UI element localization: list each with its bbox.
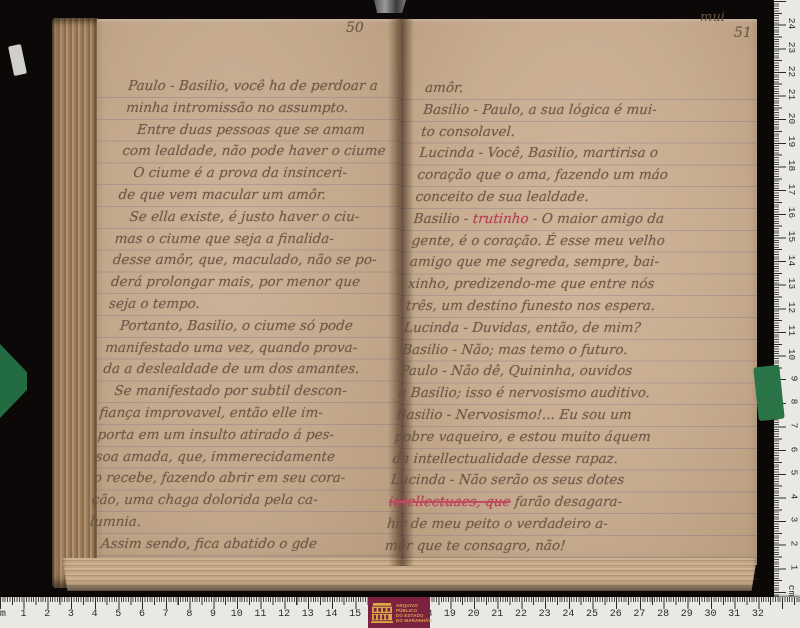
ruler-label: 29 [675,609,699,620]
logo-line: DO MARANHÃO [396,618,432,623]
manuscript-line: hir de meu peito o verdadeiro a- [386,514,740,536]
line-text: Basilio - Não; mas temo o futuro. [402,342,629,358]
ruler-label: 10 [225,609,249,620]
page-number-left: 50 [346,20,364,36]
ruler-label-text: 24 [786,18,797,29]
manuscript-line: Basilio - Nervosismo!... Eu sou um [395,405,749,427]
line-text: xinho, predizendo-me que entre nós [407,276,655,292]
manuscript-line: fiança improvavel, então elle im- [98,403,392,425]
line-text: manifestado uma vez, quando prova- [105,340,358,356]
manuscript-line: conceito de sua lealdade. [415,187,769,209]
line-text: com lealdade, não pode haver o ciume [122,143,387,159]
ruler-label-text: 2 [789,541,800,547]
ruler-label: 7 [154,609,178,620]
line-text: coração que o ama, fazendo um máo [417,167,669,183]
line-text: amôr. [424,80,464,96]
manuscript-line: Paulo - Basilio, você ha de perdoar a [127,76,421,98]
line-text: o recebe, fazendo abrir em seu cora- [93,470,346,486]
manuscript-line: da intellectualidade desse rapaz. [392,449,746,471]
manuscript-line: com lealdade, não pode haver o ciume [121,141,415,163]
ruler-label: 28 [651,609,675,620]
vertical-ruler-labels: 242322212019181716151413121110987654321c… [774,0,800,603]
manuscript-line: Portanto, Basilio, o ciume só pode [106,316,400,338]
ruler-label-text: 4 [789,493,800,499]
ruler-label: 21 [774,83,800,107]
ruler-label-text: 19 [786,136,797,147]
line-text: soa amada, que, immerecidamente [95,449,336,465]
manuscript-line: O ciume é a prova da insinceri- [119,163,413,185]
line-text: desse amôr, que, maculado, não se po- [112,252,377,268]
line-text: porta em um insulto atirado á pes- [97,427,335,443]
manuscript-line: ção, uma chaga dolorida pela ca- [91,490,385,512]
ruler-label: 21 [485,609,509,620]
ruler-label: 25 [580,609,604,620]
line-text: fiança improvavel, então elle im- [99,405,324,421]
manuscript-line: minha intromissão no assumpto. [125,98,419,120]
manuscript-line: soa amada, que, immerecidamente [95,447,389,469]
line-text: O ciume é a prova da insinceri- [120,165,348,181]
ruler-label-text: 17 [786,183,797,194]
ruler-label-text: 11 [786,325,797,336]
top-ink-fragment: mui [700,10,725,25]
ruler-label: 19 [438,609,462,620]
line-text: Basilio - Nervosismo!... Eu sou um [396,407,633,423]
manuscript-line: Se ella existe, é justo haver o ciu- [116,207,410,229]
ruler-label-text: 5 [789,470,800,476]
ruler-label: 4 [83,609,107,620]
manuscript-text-left: Paulo - Basilio, você ha de perdoar amin… [87,76,421,556]
manuscript-line: de que vem macular um amôr. [118,185,412,207]
ruler-label: 10 [774,343,800,367]
ruler-label-text: 1 [789,564,800,570]
manuscript-line: três, um destino funesto nos espera. [405,296,759,318]
manuscript-line: amigo que me segreda, sempre, bai- [409,252,763,274]
manuscript-line: Assim sendo, fica abatido o gde [87,534,381,556]
manuscript-line: môr que te consagro, não! [384,536,738,558]
manuscript-scan-photo: 50 51 mui Paulo - Basilio, você ha de pe… [0,0,800,628]
line-text: ção, uma chaga dolorida pela ca- [91,492,318,508]
line-text: conceito de sua lealdade. [415,189,590,205]
ruler-label-text: 14 [786,254,797,265]
ruler-label-text: 3 [789,517,800,523]
manuscript-line: coração que o ama, fazendo um máo [416,165,770,187]
ruler-label: 9 [201,609,225,620]
ruler-label-text: 13 [786,278,797,289]
ruler-label: 6 [130,609,154,620]
ruler-label: 12 [272,609,296,620]
ruler-label: 1 [12,609,36,620]
manuscript-line: Lucinda - Duvidas, então, de mim? [403,318,757,340]
ruler-label: 20 [462,609,486,620]
line-text: da a deslealdade de um dos amantes. [103,361,360,377]
line-text: Se manifestado por subtil descon- [101,383,348,399]
line-text: seja o tempo. [108,296,200,312]
page-number-right: 51 [734,25,752,41]
manuscript-line: seja o tempo. [108,294,402,316]
ruler-label: 20 [774,107,800,131]
ruler-label: 16 [774,201,800,225]
manuscript-line: a Basilio; isso é nervosismo auditivo. [397,383,751,405]
line-text: Lucinda - Não serão os seus dotes [390,472,625,488]
manuscript-line: Entre duas pessoas que se amam [123,120,417,142]
ruler-label: 22 [774,59,800,83]
ruler-label: 13 [296,609,320,620]
line-text: Lucinda - Duvidas, então, de mim? [403,320,641,336]
manuscript-line: Basilio - trutinho - O maior amigo da [413,209,767,231]
line-text: da intellectualidade desse rapaz. [392,451,619,467]
line-text: três, um destino funesto nos espera. [405,298,656,314]
ruler-label-text: 22 [786,65,797,76]
manuscript-line: derá prolongar mais, por menor que [110,272,404,294]
manuscript-line: xinho, predizendo-me que entre nós [407,274,761,296]
ruler-label: 26 [604,609,628,620]
line-text: Basilio - [413,211,474,227]
ruler-label-text: 23 [786,42,797,53]
ruler-label: 11 [249,609,273,620]
ruler-label: 2 [774,532,800,556]
ruler-label: 6 [774,437,800,461]
ruler-label: 30 [699,609,723,620]
line-text: a Basilio; isso é nervosismo auditivo. [398,385,651,401]
manuscript-line: Se manifestado por subtil descon- [100,381,394,403]
manuscript-line: manifestado uma vez, quando prova- [104,338,398,360]
ruler-label: 15 [774,225,800,249]
ruler-label: 12 [774,296,800,320]
manuscript-line: Lucinda - Não serão os seus dotes [390,470,744,492]
line-text: amigo que me segreda, sempre, bai- [409,254,660,270]
line-text: gente, é o coração. É esse meu velho [411,233,666,249]
manuscript-line: mas o ciume que seja a finalida- [114,229,408,251]
ruler-label-text: 21 [786,89,797,100]
loose-paper-sliver [8,44,27,76]
ruler-label-text: 8 [789,399,800,405]
manuscript-line: gente, é o coração. É esse meu velho [411,231,765,253]
manuscript-line: lumnia. [89,512,383,534]
red-ink-word: trutinho [472,211,529,227]
ruler-label-text: 6 [789,446,800,452]
manuscript-line: Paulo - Não dê, Quininha, ouvidos [399,361,753,383]
line-text: Portanto, Basilio, o ciume só pode [106,318,353,334]
ruler-label-text: 20 [786,113,797,124]
ruler-label: 2 [35,609,59,620]
line-text: hir de meu peito o verdadeiro a- [386,516,608,532]
ruler-label-text: 7 [789,423,800,429]
ruler-label: 14 [320,609,344,620]
manuscript-line: porta em um insulto atirado á pes- [97,425,391,447]
ruler-label: 22 [509,609,533,620]
manuscript-line: amôr. [424,78,778,100]
ruler-label-text: 15 [786,231,797,242]
ruler-label: 23 [533,609,557,620]
archive-building-icon [371,603,393,623]
line-text: Assim sendo, fica abatido o gde [87,536,317,552]
manuscript-line: o recebe, fazendo abrir em seu cora- [93,468,387,490]
line-text: pobre vaqueiro, e estou muito áquem [394,429,652,445]
green-marker-left [0,344,27,418]
ruler-label-text: 12 [786,302,797,313]
ruler-label: cm [0,609,12,620]
ruler-label: 3 [774,508,800,532]
archive-logo: ARQUIVO PÚBLICO DO ESTADO DO MARANHÃO [368,597,430,628]
manuscript-text-right: amôr.Basilio - Paulo, a sua lógica é mui… [384,78,778,558]
line-text: de que vem macular um amôr. [118,187,327,203]
ruler-label-text: 10 [786,349,797,360]
manuscript-line: pobre vaqueiro, e estou muito áquem [394,427,748,449]
ruler-label-text: 18 [786,160,797,171]
line-text: - O maior amigo da [528,211,665,227]
ruler-label-text: 9 [789,375,800,381]
ruler-label: 14 [774,248,800,272]
manuscript-line: Lucinda - Você, Basilio, martirisa o [418,143,772,165]
line-text: Lucinda - Você, Basilio, martirisa o [419,145,659,161]
ruler-label: 19 [774,130,800,154]
line-text: farão desagara- [510,494,623,510]
line-text: Basilio - Paulo, a sua lógica é mui- [422,102,657,118]
manuscript-line: intellectuaes, que farão desagara- [388,492,742,514]
ruler-label: 1 [774,555,800,579]
archive-logo-text: ARQUIVO PÚBLICO DO ESTADO DO MARANHÃO [396,603,432,623]
line-text: Paulo - Não dê, Quininha, ouvidos [400,363,633,379]
ruler-label: 18 [774,154,800,178]
manuscript-line: da a deslealdade de um dos amantes. [102,359,396,381]
manuscript-line: to consolavel. [420,122,774,144]
manuscript-line: Basilio - Paulo, a sua lógica é mui- [422,100,776,122]
ruler-label: 31 [722,609,746,620]
line-text: mas o ciume que seja a finalida- [114,231,335,247]
line-text: to consolavel. [421,124,516,140]
ruler-label: 24 [557,609,581,620]
ruler-label: 13 [774,272,800,296]
line-text: lumnia. [89,514,142,530]
ruler-label: 15 [343,609,367,620]
line-text: derá prolongar mais, por menor que [110,274,361,290]
vertical-ruler: 242322212019181716151413121110987654321c… [774,0,800,597]
line-text: môr que te consagro, não! [384,538,566,554]
ruler-label: 32 [746,609,770,620]
red-ink-strikethrough: intellectuaes, que [388,494,511,510]
ruler-label: 11 [774,319,800,343]
metal-clip [374,0,406,13]
manuscript-line: desse amôr, que, maculado, não se po- [112,250,406,272]
manuscript-line: Basilio - Não; mas temo o futuro. [401,340,755,362]
ruler-label: 23 [774,36,800,60]
line-text: minha intromissão no assumpto. [125,100,348,116]
ruler-label: 8 [178,609,202,620]
ruler-label: 3 [59,609,83,620]
line-text: Entre duas pessoas que se amam [124,122,366,138]
ruler-label: 5 [106,609,130,620]
ruler-label: 24 [774,12,800,36]
ruler-label-text: cm [786,585,797,596]
ruler-label: 5 [774,461,800,485]
ruler-label: 17 [774,177,800,201]
line-text: Se ella existe, é justo haver o ciu- [116,209,360,225]
ruler-label-text: 16 [786,207,797,218]
ruler-label: 4 [774,485,800,509]
ruler-label: 27 [628,609,652,620]
line-text: Paulo - Basilio, você ha de perdoar a [127,78,378,94]
green-marker-right [753,365,785,421]
